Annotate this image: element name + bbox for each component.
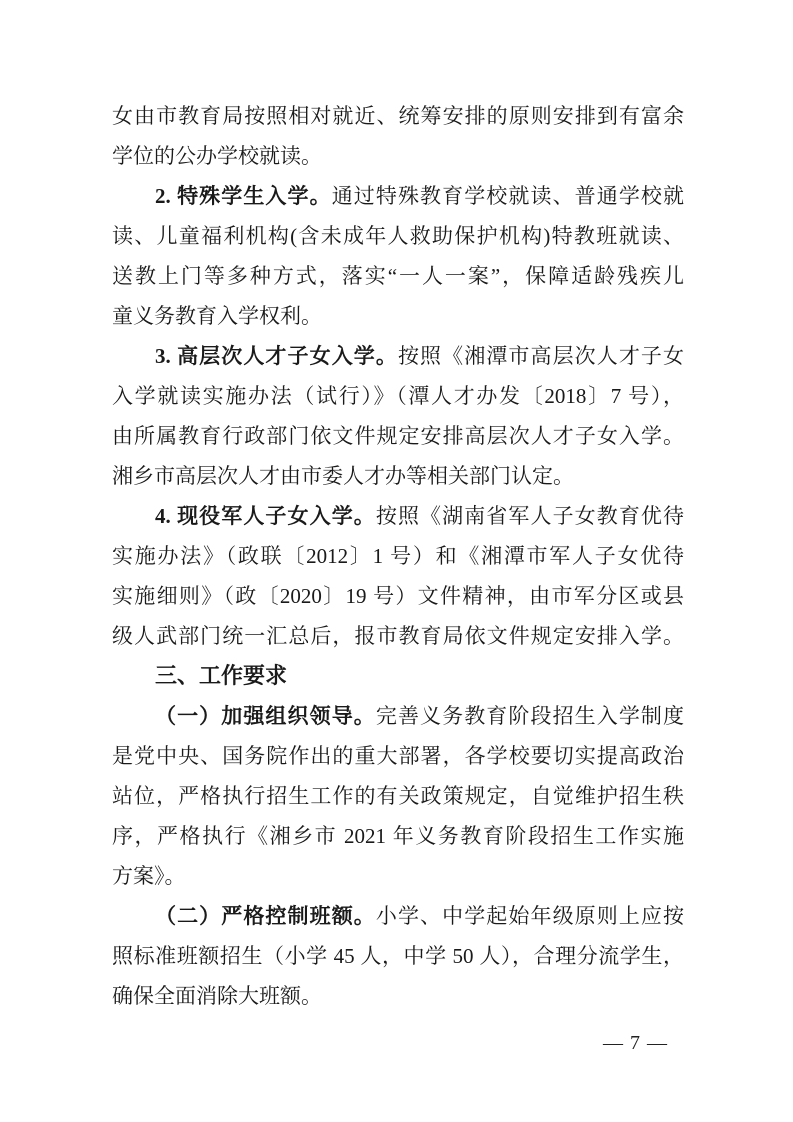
line-text: 方案》。 (112, 864, 186, 888)
paragraph-lead: （二）严格控制班额。 (155, 904, 376, 928)
document-page: 女由市教育局按照相对就近、统筹安排的原则安排到有富余 学位的公办学校就读。 2.… (0, 0, 793, 1122)
line-text: 按照《湖南省军人子女教育优待 (376, 504, 684, 528)
page-number: — 7 — (0, 1032, 668, 1055)
paragraph-lead: 2. 特殊学生入学。 (155, 184, 332, 208)
document-body: 女由市教育局按照相对就近、统筹安排的原则安排到有富余 学位的公办学校就读。 2.… (112, 96, 684, 1016)
body-line: 入学就读实施办法（试行）》（潭人才办发〔2018〕7 号）， (112, 376, 684, 416)
body-line: 学位的公办学校就读。 (112, 136, 684, 176)
body-line: （二）严格控制班额。小学、中学起始年级原则上应按 (112, 896, 684, 936)
section-heading: 三、工作要求 (112, 656, 684, 696)
line-text: 完善义务教育阶段招生入学制度 (376, 704, 684, 728)
line-text: 实施办法》（政联〔2012〕1 号）和《湘潭市军人子女优待 (112, 544, 684, 568)
body-line: 级人武部门统一汇总后，报市教育局依文件规定安排入学。 (112, 616, 684, 656)
paragraph-lead: 3. 高层次人才子女入学。 (155, 344, 398, 368)
body-line: 童义务教育入学权利。 (112, 296, 684, 336)
line-text: 通过特殊教育学校就读、普通学校就 (332, 184, 684, 208)
body-line: （一）加强组织领导。完善义务教育阶段招生入学制度 (112, 696, 684, 736)
body-line: 女由市教育局按照相对就近、统筹安排的原则安排到有富余 (112, 96, 684, 136)
section-heading-text: 三、工作要求 (155, 663, 287, 688)
line-text: 入学就读实施办法（试行）》（潭人才办发〔2018〕7 号）， (112, 384, 684, 408)
line-text: 实施细则》（政〔2020〕19 号）文件精神，由市军分区或县 (112, 584, 684, 608)
body-line: 由所属教育行政部门依文件规定安排高层次人才子女入学。 (112, 416, 684, 456)
body-line: 确保全面消除大班额。 (112, 976, 684, 1016)
paragraph-lead: 4. 现役军人子女入学。 (155, 504, 376, 528)
body-line: 方案》。 (112, 856, 684, 896)
line-text: 送教上门等多种方式，落实“一人一案”，保障适龄残疾儿 (112, 264, 684, 288)
line-text: 级人武部门统一汇总后，报市教育局依文件规定安排入学。 (112, 624, 684, 648)
line-text: 按照《湘潭市高层次人才子女 (398, 344, 684, 368)
line-text: 小学、中学起始年级原则上应按 (376, 904, 684, 928)
body-line: 湘乡市高层次人才由市委人才办等相关部门认定。 (112, 456, 684, 496)
line-text: 站位，严格执行招生工作的有关政策规定，自觉维护招生秩 (112, 784, 684, 808)
body-line: 读、儿童福利机构(含未成年人救助保护机构)特教班就读、 (112, 216, 684, 256)
line-text: 照标准班额招生（小学 45 人，中学 50 人），合理分流学生， (112, 944, 684, 968)
line-text: 童义务教育入学权利。 (112, 304, 322, 328)
paragraph-lead: （一）加强组织领导。 (155, 704, 376, 728)
line-text: 序，严格执行《湘乡市 2021 年义务教育阶段招生工作实施 (112, 824, 684, 848)
body-line: 序，严格执行《湘乡市 2021 年义务教育阶段招生工作实施 (112, 816, 684, 856)
line-text: 女由市教育局按照相对就近、统筹安排的原则安排到有富余 (112, 104, 684, 128)
body-line: 实施细则》（政〔2020〕19 号）文件精神，由市军分区或县 (112, 576, 684, 616)
body-line: 3. 高层次人才子女入学。按照《湘潭市高层次人才子女 (112, 336, 684, 376)
body-line: 站位，严格执行招生工作的有关政策规定，自觉维护招生秩 (112, 776, 684, 816)
body-line: 是党中央、国务院作出的重大部署，各学校要切实提高政治 (112, 736, 684, 776)
body-line: 照标准班额招生（小学 45 人，中学 50 人），合理分流学生， (112, 936, 684, 976)
body-line: 实施办法》（政联〔2012〕1 号）和《湘潭市军人子女优待 (112, 536, 684, 576)
line-text: 读、儿童福利机构(含未成年人救助保护机构)特教班就读、 (112, 224, 684, 248)
line-text: 学位的公办学校就读。 (112, 144, 322, 168)
line-text: 湘乡市高层次人才由市委人才办等相关部门认定。 (112, 464, 574, 488)
body-line: 2. 特殊学生入学。通过特殊教育学校就读、普通学校就 (112, 176, 684, 216)
body-line: 4. 现役军人子女入学。按照《湖南省军人子女教育优待 (112, 496, 684, 536)
body-line: 送教上门等多种方式，落实“一人一案”，保障适龄残疾儿 (112, 256, 684, 296)
line-text: 由所属教育行政部门依文件规定安排高层次人才子女入学。 (112, 424, 684, 448)
line-text: 确保全面消除大班额。 (112, 984, 322, 1008)
line-text: 是党中央、国务院作出的重大部署，各学校要切实提高政治 (112, 744, 684, 768)
